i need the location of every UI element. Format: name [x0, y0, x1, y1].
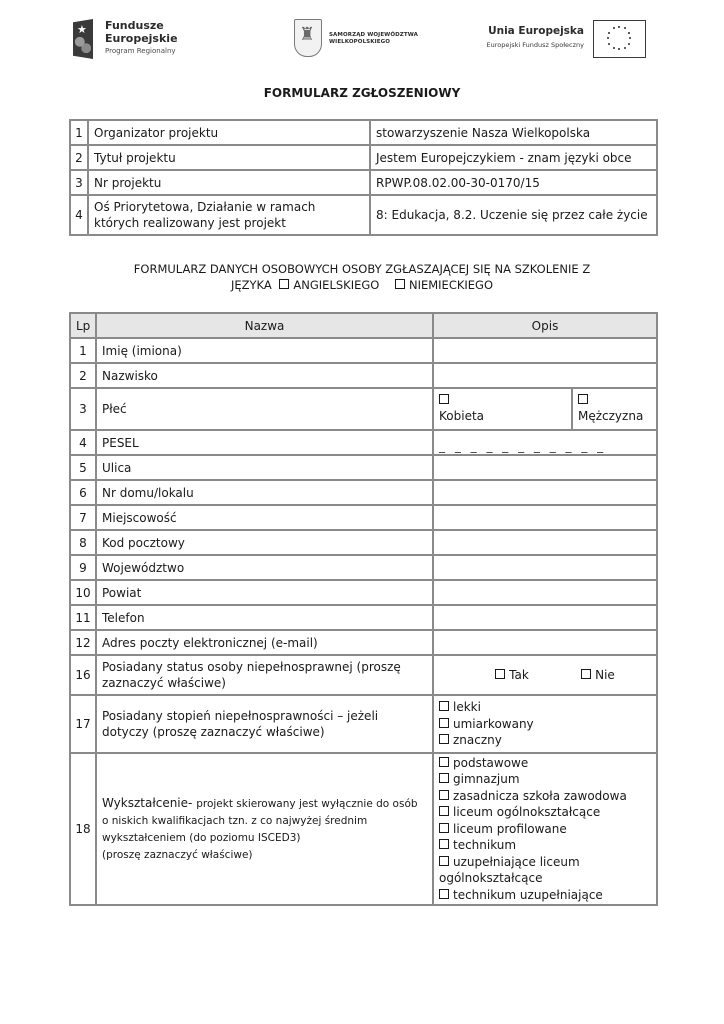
info-label: Oś Priorytetowa, Działanie w ramach któr… — [88, 195, 370, 235]
field-value-input[interactable] — [433, 530, 657, 555]
info-label: Tytuł projektu — [88, 145, 370, 170]
table-row: 8Kod pocztowy — [70, 530, 657, 555]
option-label: gimnazjum — [453, 772, 520, 786]
option-label: liceum profilowane — [453, 822, 567, 836]
star-icon: ★ — [77, 24, 87, 35]
info-value: 8: Edukacja, 8.2. Uczenie się przez całe… — [370, 195, 657, 235]
option-label: uzupełniające liceum ogólnokształcące — [439, 855, 580, 886]
subtitle-prefix: JĘZYKA — [231, 278, 272, 292]
table-row: 12Adres poczty elektronicznej (e-mail) — [70, 630, 657, 655]
samorzad-text: SAMORZĄD WOJEWÓDZTWA — [329, 32, 418, 39]
header-desc: Opis — [433, 313, 657, 338]
checkbox[interactable] — [439, 773, 449, 783]
option-item[interactable]: Nie — [581, 667, 615, 683]
row-number: 17 — [70, 695, 96, 753]
field-value-input[interactable] — [433, 505, 657, 530]
table-row: 3 Nr projektu RPWP.08.02.00-30-0170/15 — [70, 170, 657, 195]
row-number: 16 — [70, 655, 96, 695]
checkbox[interactable] — [578, 394, 588, 404]
row-number: 1 — [70, 120, 88, 145]
row-number: 4 — [70, 430, 96, 455]
option-label: liceum ogólnokształcące — [453, 805, 600, 819]
row-number: 9 — [70, 555, 96, 580]
field-value-input[interactable] — [433, 580, 657, 605]
option-label: technikum — [453, 838, 516, 852]
disability-status-options: TakNie — [433, 655, 657, 695]
row-number: 5 — [70, 455, 96, 480]
header-name: Nazwa — [96, 313, 433, 338]
option-item[interactable]: zasadnicza szkoła zawodowa — [439, 788, 651, 805]
samorzad-logo: ♜ SAMORZĄD WOJEWÓDZTWA WIELKOPOLSKIEGO — [294, 19, 444, 59]
option-item[interactable]: technikum uzupełniające — [439, 887, 651, 904]
field-label: Nr domu/lokalu — [96, 480, 433, 505]
checkbox[interactable] — [439, 839, 449, 849]
options-cell: podstawowegimnazjumzasadnicza szkoła zaw… — [433, 753, 657, 905]
table-row: 17Posiadany stopień niepełnosprawności –… — [70, 695, 657, 753]
table-row: 10Powiat — [70, 580, 657, 605]
row-number: 11 — [70, 605, 96, 630]
option-item[interactable]: znaczny — [439, 732, 651, 749]
table-row: 6Nr domu/lokalu — [70, 480, 657, 505]
unia-europejska-logo: Unia Europejska Europejski Fundusz Społe… — [466, 20, 646, 60]
field-label: Województwo — [96, 555, 433, 580]
row-number: 1 — [70, 338, 96, 363]
table-row: 4PESEL_ _ _ _ _ _ _ _ _ _ _ — [70, 430, 657, 455]
option-item[interactable]: lekki — [439, 699, 651, 716]
project-info-table: 1 Organizator projektu stowarzyszenie Na… — [69, 119, 658, 236]
eu-star-icon — [608, 32, 610, 34]
option-label: Tak — [509, 668, 529, 682]
eagle-icon: ♜ — [299, 25, 315, 45]
checkbox[interactable] — [439, 394, 449, 404]
gender-option-1[interactable]: Mężczyzna — [572, 388, 657, 430]
option-label: lekki — [453, 700, 481, 714]
options-group: TakNie — [439, 667, 651, 683]
eu-star-icon — [608, 43, 610, 45]
checkbox[interactable] — [439, 823, 449, 833]
ue-logo-subtext: Europejski Fundusz Społeczny — [487, 41, 584, 50]
pesel-placeholder: _ _ _ _ _ _ _ _ _ _ _ — [439, 432, 651, 454]
option-label: znaczny — [453, 733, 502, 747]
checkbox[interactable] — [439, 856, 449, 866]
checkbox[interactable] — [581, 669, 591, 679]
field-label: Kod pocztowy — [96, 530, 433, 555]
table-header-row: Lp Nazwa Opis — [70, 313, 657, 338]
eu-star-icon — [618, 48, 620, 50]
row-number: 18 — [70, 753, 96, 905]
option-english-label: ANGIELSKIEGO — [293, 278, 379, 292]
header-lp: Lp — [70, 313, 96, 338]
checkbox[interactable] — [495, 669, 505, 679]
info-label: Organizator projektu — [88, 120, 370, 145]
fe-logo-text: Europejskie — [105, 32, 178, 45]
eu-star-icon — [628, 43, 630, 45]
table-row: 18Wykształcenie- projekt skierowany jest… — [70, 753, 657, 905]
option-item[interactable]: Tak — [495, 667, 529, 683]
page-title: FORMULARZ ZGŁOSZENIOWY — [0, 85, 724, 101]
info-value: RPWP.08.02.00-30-0170/15 — [370, 170, 657, 195]
field-label: Nazwisko — [96, 363, 433, 388]
eagle-shield-icon: ♜ — [294, 19, 322, 57]
field-label: Miejscowość — [96, 505, 433, 530]
option-label: Mężczyzna — [578, 409, 643, 423]
row-number: 3 — [70, 388, 96, 430]
field-label: PESEL — [96, 430, 433, 455]
field-label-main: Wykształcenie- — [102, 796, 192, 810]
eu-star-icon — [613, 47, 615, 49]
field-value-input[interactable] — [433, 338, 657, 363]
option-item[interactable]: liceum profilowane — [439, 821, 651, 838]
row-number: 2 — [70, 145, 88, 170]
checkbox[interactable] — [439, 701, 449, 711]
table-row: 5Ulica — [70, 455, 657, 480]
info-value: stowarzyszenie Nasza Wielkopolska — [370, 120, 657, 145]
table-row: 16Posiadany status osoby niepełnosprawne… — [70, 655, 657, 695]
info-value: Jestem Europejczykiem - znam języki obce — [370, 145, 657, 170]
checkbox[interactable] — [439, 790, 449, 800]
checkbox-german[interactable] — [395, 279, 405, 289]
fe-dots-icon — [75, 37, 91, 53]
field-value-input[interactable] — [433, 555, 657, 580]
table-row: 11Telefon — [70, 605, 657, 630]
table-row: 7Miejscowość — [70, 505, 657, 530]
table-row: 1Imię (imiona) — [70, 338, 657, 363]
eu-star-icon — [607, 37, 609, 39]
field-label: Posiadany stopień niepełnosprawności – j… — [96, 695, 433, 753]
header-logos: ★ Fundusze Europejskie Program Regionaln… — [0, 0, 724, 72]
checkbox[interactable] — [439, 757, 449, 767]
eu-star-icon — [613, 27, 615, 29]
samorzad-text: WIELKOPOLSKIEGO — [329, 39, 390, 46]
checkbox-english[interactable] — [279, 279, 289, 289]
info-label: Nr projektu — [88, 170, 370, 195]
option-german-label: NIEMIECKIEGO — [409, 278, 493, 292]
row-number: 12 — [70, 630, 96, 655]
table-row: 4 Oś Priorytetowa, Działanie w ramach kt… — [70, 195, 657, 235]
fundusze-europejskie-logo: ★ Fundusze Europejskie Program Regionaln… — [73, 17, 213, 61]
language-choice: JĘZYKA ANGIELSKIEGO NIEMIECKIEGO — [100, 277, 624, 293]
option-label: Kobieta — [439, 409, 484, 423]
option-item[interactable]: technikum — [439, 837, 651, 854]
subtitle-line: FORMULARZ DANYCH OSOBOWYCH OSOBY ZGŁASZA… — [100, 261, 624, 277]
eu-star-icon — [629, 37, 631, 39]
option-item[interactable]: podstawowe — [439, 755, 651, 772]
checkbox[interactable] — [439, 806, 449, 816]
fe-logo-subtext: Program Regionalny — [105, 46, 176, 56]
fe-logo-text: Fundusze — [105, 19, 164, 32]
field-label: Imię (imiona) — [96, 338, 433, 363]
row-number: 2 — [70, 363, 96, 388]
row-number: 6 — [70, 480, 96, 505]
field-label: Płeć — [96, 388, 433, 430]
option-label: umiarkowany — [453, 717, 534, 731]
table-row: 1 Organizator projektu stowarzyszenie Na… — [70, 120, 657, 145]
eu-star-icon — [618, 26, 620, 28]
field-label: Adres poczty elektronicznej (e-mail) — [96, 630, 433, 655]
ue-logo-text: Unia Europejska — [488, 25, 584, 38]
field-label: Wykształcenie- projekt skierowany jest w… — [96, 753, 433, 905]
checkbox[interactable] — [439, 734, 449, 744]
option-label: technikum uzupełniające — [453, 888, 603, 902]
gender-option-0[interactable]: Kobieta — [433, 388, 572, 430]
table-row: 3PłećKobietaMężczyzna — [70, 388, 657, 430]
row-number: 10 — [70, 580, 96, 605]
options-cell: lekkiumiarkowanyznaczny — [433, 695, 657, 753]
field-value-input[interactable] — [433, 605, 657, 630]
option-item[interactable]: gimnazjum — [439, 771, 651, 788]
table-row: 2 Tytuł projektu Jestem Europejczykiem -… — [70, 145, 657, 170]
eu-star-icon — [628, 32, 630, 34]
checkbox[interactable] — [439, 889, 449, 899]
eu-star-icon — [624, 47, 626, 49]
field-value-input[interactable] — [433, 455, 657, 480]
option-label: Nie — [595, 668, 615, 682]
form-subtitle: FORMULARZ DANYCH OSOBOWYCH OSOBY ZGŁASZA… — [100, 261, 624, 293]
row-number: 3 — [70, 170, 88, 195]
field-value-input[interactable] — [433, 480, 657, 505]
row-number: 7 — [70, 505, 96, 530]
pesel-field[interactable]: _ _ _ _ _ _ _ _ _ _ _ — [433, 430, 657, 455]
field-value-input[interactable] — [433, 363, 657, 388]
table-row: 2Nazwisko — [70, 363, 657, 388]
option-item[interactable]: umiarkowany — [439, 716, 651, 733]
row-number: 4 — [70, 195, 88, 235]
field-value-input[interactable] — [433, 630, 657, 655]
option-item[interactable]: liceum ogólnokształcące — [439, 804, 651, 821]
option-label: podstawowe — [453, 756, 528, 770]
table-row: 9Województwo — [70, 555, 657, 580]
option-label: zasadnicza szkoła zawodowa — [453, 789, 627, 803]
row-number: 8 — [70, 530, 96, 555]
eu-star-icon — [624, 27, 626, 29]
field-label: Ulica — [96, 455, 433, 480]
field-label: Telefon — [96, 605, 433, 630]
option-item[interactable]: uzupełniające liceum ogólnokształcące — [439, 854, 651, 887]
field-label-note: (proszę zaznaczyć właściwe) — [102, 849, 253, 861]
field-label: Powiat — [96, 580, 433, 605]
checkbox[interactable] — [439, 718, 449, 728]
field-label: Posiadany status osoby niepełnosprawnej … — [96, 655, 433, 695]
personal-data-table: Lp Nazwa Opis 1Imię (imiona)2Nazwisko3Pł… — [69, 312, 658, 906]
eu-flag-icon — [593, 20, 646, 58]
